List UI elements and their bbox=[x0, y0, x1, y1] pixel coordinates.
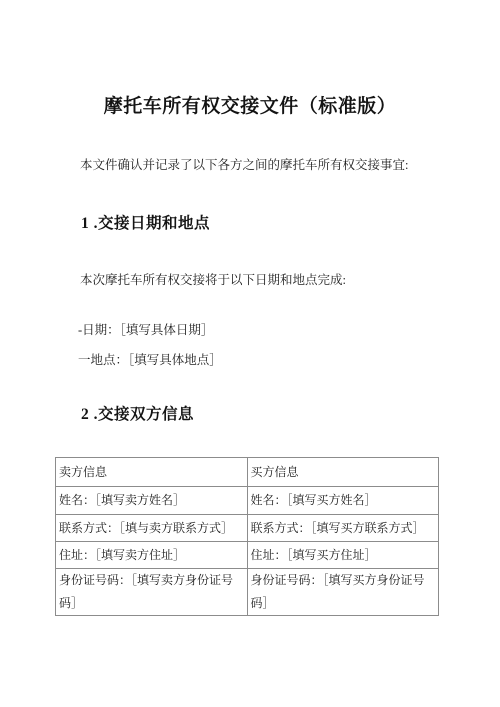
seller-address-cell: 住址：［填写卖方住址］ bbox=[56, 542, 248, 569]
document-page: 摩托车所有权交接文件（标准版） 本文件确认并记录了以下各方之间的摩托车所有权交接… bbox=[0, 0, 500, 707]
buyer-contact-cell: 联系方式：［填写买方联系方式］ bbox=[247, 515, 439, 542]
date-placeholder-line: -日期：［填写具体日期］ bbox=[78, 320, 213, 338]
table-row-id-number: 身份证号码：［填写卖方身份证号码］ 身份证号码：［填写买方身份证号码］ bbox=[56, 569, 439, 616]
buyer-id-number-cell: 身份证号码：［填写买方身份证号码］ bbox=[247, 569, 439, 616]
location-placeholder-line: 一地点：［填写具体地点］ bbox=[78, 350, 222, 368]
table-header-row: 卖方信息 买方信息 bbox=[56, 458, 439, 487]
seller-id-number-cell: 身份证号码：［填写卖方身份证号码］ bbox=[56, 569, 248, 616]
buyer-address-cell: 住址：［填写买方住址］ bbox=[247, 542, 439, 569]
buyer-info-header-cell: 买方信息 bbox=[247, 458, 439, 487]
intro-paragraph: 本文件确认并记录了以下各方之间的摩托车所有权交接事宜: bbox=[80, 155, 408, 173]
document-title: 摩托车所有权交接文件（标准版） bbox=[0, 91, 500, 118]
parties-info-table: 卖方信息 买方信息 姓名：［填写卖方姓名］ 姓名：［填写买方姓名］ 联系方式：［… bbox=[55, 457, 439, 616]
table-row-contact: 联系方式：［填与卖方联系方式］ 联系方式：［填写买方联系方式］ bbox=[56, 515, 439, 542]
section-2-heading: 2 .交接双方信息 bbox=[81, 402, 194, 424]
table-row-name: 姓名：［填写卖方姓名］ 姓名：［填写买方姓名］ bbox=[56, 487, 439, 515]
table-row-address: 住址：［填写卖方住址］ 住址：［填写买方住址］ bbox=[56, 542, 439, 569]
seller-name-cell: 姓名：［填写卖方姓名］ bbox=[56, 487, 248, 515]
seller-info-header-cell: 卖方信息 bbox=[56, 458, 248, 487]
section-1-body: 本次摩托车所有权交接将于以下日期和地点完成: bbox=[80, 270, 346, 288]
seller-contact-cell: 联系方式：［填与卖方联系方式］ bbox=[56, 515, 248, 542]
section-1-heading: 1 .交接日期和地点 bbox=[81, 211, 210, 233]
buyer-name-cell: 姓名：［填写买方姓名］ bbox=[247, 487, 439, 515]
